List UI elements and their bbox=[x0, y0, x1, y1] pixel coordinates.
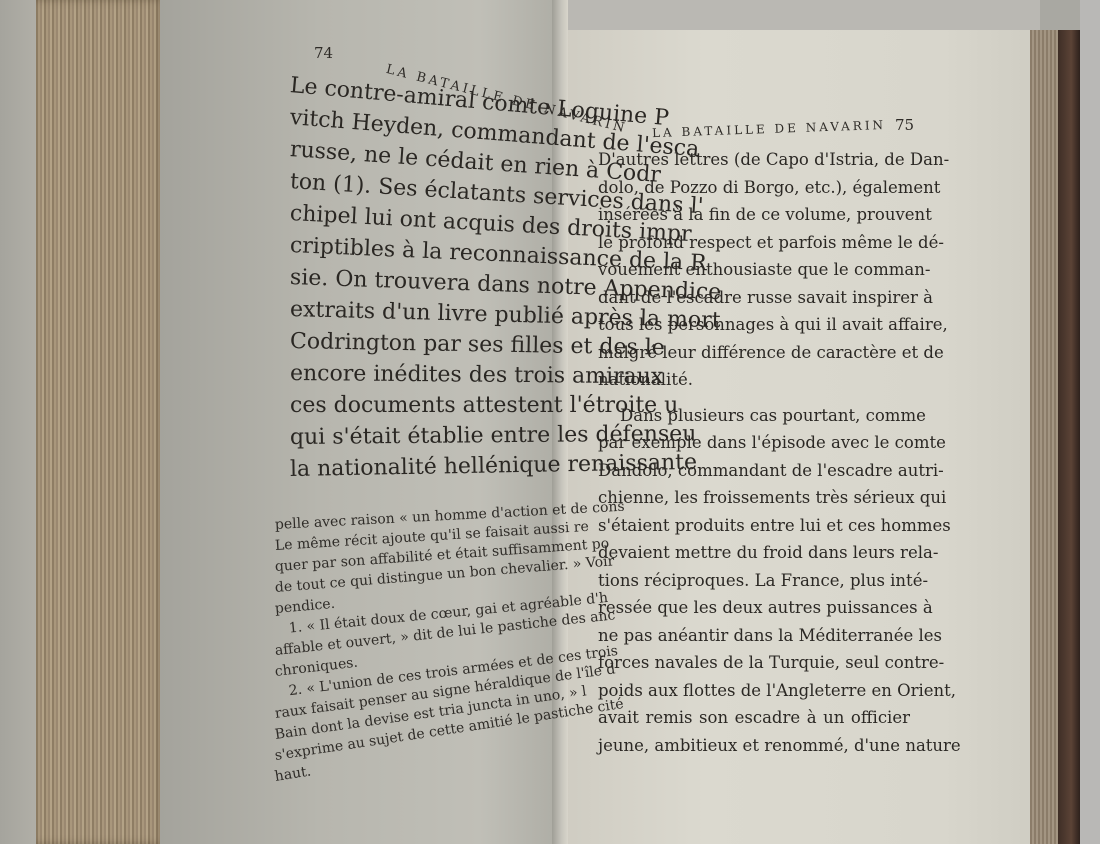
text-line: avait remis son escadre à un officier bbox=[598, 704, 910, 732]
background-right bbox=[1080, 0, 1100, 844]
text-line: forces navales de la Turquie, seul contr… bbox=[598, 649, 910, 677]
text-line: Dans plusieurs cas pourtant, comme bbox=[598, 402, 910, 430]
background-left bbox=[0, 0, 40, 844]
book-photo: 74 LA BATAILLE DE NAVARIN Le contre-amir… bbox=[0, 0, 1100, 844]
text-line: poids aux flottes de l'Angleterre en Ori… bbox=[598, 677, 910, 705]
text-line: dolo, de Pozzo di Borgo, etc.), égalemen… bbox=[598, 174, 910, 202]
text-line: par exemple dans l'épisode avec le comte bbox=[598, 429, 910, 457]
text-line: tous les personnages à qui il avait affa… bbox=[598, 311, 910, 339]
text-line: tions réciproques. La France, plus inté- bbox=[598, 567, 910, 595]
right-page-number: 75 bbox=[895, 116, 914, 134]
text-line: s'étaient produits entre lui et ces homm… bbox=[598, 512, 910, 540]
left-page-number: 74 bbox=[314, 44, 333, 62]
text-line: malgré leur différence de caractère et d… bbox=[598, 339, 910, 367]
text-line: jeune, ambitieux et renommé, d'une natur… bbox=[598, 732, 910, 760]
right-body-text: D'autres lettres (de Capo d'Istria, de D… bbox=[598, 146, 910, 759]
text-line: encore inédites des trois amiraux bbox=[290, 358, 590, 393]
left-footnotes: pelle avec raison « un homme d'action et… bbox=[275, 515, 575, 788]
text-line: ces documents attestent l'étroite u bbox=[290, 390, 590, 422]
text-line: Dandolo, commandant de l'escadre autri- bbox=[598, 457, 910, 485]
text-line: ne pas anéantir dans la Méditerranée les bbox=[598, 622, 910, 650]
text-line: dant de l'escadre russe savait inspirer … bbox=[598, 284, 910, 312]
text-line: devaient mettre du froid dans leurs rela… bbox=[598, 539, 910, 567]
text-line: ressée que les deux autres puissances à bbox=[598, 594, 910, 622]
book-cover-edge bbox=[1058, 30, 1080, 844]
text-line: chienne, les froissements très sérieux q… bbox=[598, 484, 910, 512]
background-top bbox=[560, 0, 1040, 34]
text-line: D'autres lettres (de Capo d'Istria, de D… bbox=[598, 146, 910, 174]
text-line: vouement enthousiaste que le comman- bbox=[598, 256, 910, 284]
text-line: insérées à la fin de ce volume, prouvent bbox=[598, 201, 910, 229]
page-edges-right bbox=[1030, 30, 1060, 844]
page-edges-left bbox=[36, 0, 166, 844]
text-line: la nationalité hellénique renaissante bbox=[290, 449, 591, 486]
text-line: le profond respect et parfois même le dé… bbox=[598, 229, 910, 257]
left-body-text: Le contre-amiral comte Loguine P vitch H… bbox=[290, 70, 590, 486]
text-line: nationalité. bbox=[598, 366, 910, 394]
